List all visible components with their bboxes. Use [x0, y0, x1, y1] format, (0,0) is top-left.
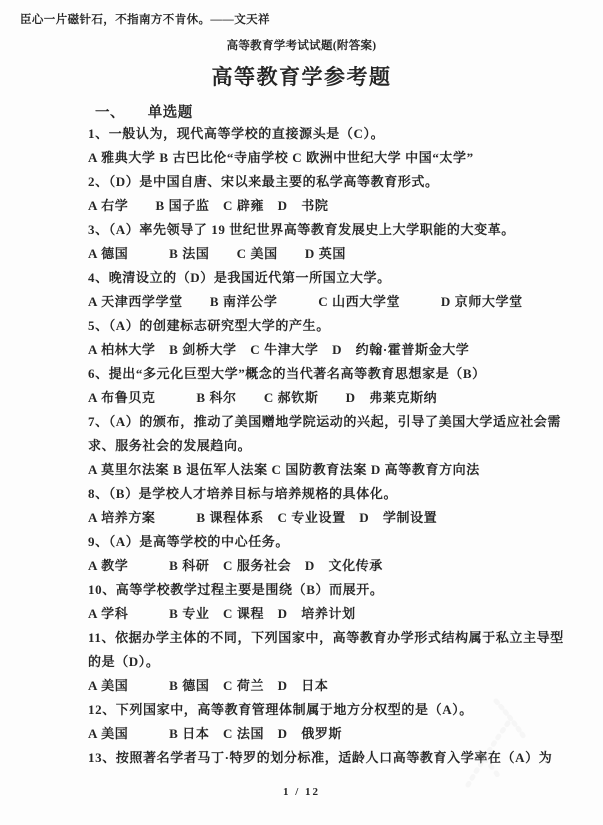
text-line: A 莫里尔法案 B 退伍军人法案 C 国防教育法案 D 高等教育方向法 [88, 458, 593, 482]
text-line: A 天津西学学堂 B 南洋公学 C 山西大学堂 D 京师大学堂 [88, 290, 593, 314]
text-line: 求、服务社会的发展趋向。 [88, 434, 593, 458]
text-line: A 柏林大学 B 剑桥大学 C 牛津大学 D 约翰·霍普斯金大学 [88, 338, 593, 362]
text-line: 6、提出“多元化巨型大学”概念的当代著名高等教育思想家是（B） [88, 362, 593, 386]
section-heading: 一、 单选题 [95, 101, 193, 122]
text-line: 10、高等学校教学过程主要是围绕（B）而展开。 [88, 578, 593, 602]
text-line: 7、（A）的颁布，推动了美国赠地学院运动的兴起，引导了美国大学适应社会需 [88, 410, 593, 434]
text-line: 9、（A）是高等学校的中心任务。 [88, 530, 593, 554]
text-line: 的是（D）。 [88, 650, 593, 674]
page-number: 1 / 12 [0, 786, 603, 798]
text-line: A 美国 B 德国 C 荷兰 D 日本 [88, 674, 593, 698]
text-line: 8、（B）是学校人才培养目标与培养规格的具体化。 [88, 482, 593, 506]
text-line: 13、按照著名学者马丁·特罗的划分标准，适龄人口高等教育入学率在（A）为 [88, 746, 593, 770]
text-line: A 雅典大学 B 古巴比伦“寺庙学校 C 欧洲中世纪大学 中国“太学” [88, 146, 593, 170]
text-line: 2、（D）是中国自唐、宋以来最主要的私学高等教育形式。 [88, 170, 593, 194]
text-line: A 德国 B 法国 C 美国 D 英国 [88, 242, 593, 266]
text-line: A 美国 B 日本 C 法国 D 俄罗斯 [88, 722, 593, 746]
page-title: 高等教育学参考题 [0, 61, 603, 91]
text-line: 5、（A）的创建标志研究型大学的产生。 [88, 314, 593, 338]
question-list: 1、一般认为，现代高等学校的直接源头是（C）。A 雅典大学 B 古巴比伦“寺庙学… [88, 122, 593, 770]
doc-subtitle: 高等教育学考试试题(附答案) [0, 37, 603, 53]
text-line: 1、一般认为，现代高等学校的直接源头是（C）。 [88, 122, 593, 146]
text-line: A 培养方案 B 课程体系 C 专业设置 D 学制设置 [88, 506, 593, 530]
text-line: A 教学 B 科研 C 服务社会 D 文化传承 [88, 554, 593, 578]
text-line: A 右学 B 国子监 C 辟雍 D 书院 [88, 194, 593, 218]
text-line: 4、晚清设立的（D）是我国近代第一所国立大学。 [88, 266, 593, 290]
text-line: 12、下列国家中，高等教育管理体制属于地方分权型的是（A）。 [88, 698, 593, 722]
text-line: A 布鲁贝克 B 科尔 C 郝钦斯 D 弗莱克斯纳 [88, 386, 593, 410]
text-line: A 学科 B 专业 C 课程 D 培养计划 [88, 602, 593, 626]
document-page: 臣心一片磁针石，不指南方不肯休。——文天祥 高等教育学考试试题(附答案) 高等教… [0, 0, 603, 825]
text-line: 3、（A）率先领导了 19 世纪世界高等教育发展史上大学职能的大变革。 [88, 218, 593, 242]
text-line: 11、依据办学主体的不同，下列国家中，高等教育办学形式结构属于私立主导型 [88, 626, 593, 650]
header-quote: 臣心一片磁针石，不指南方不肯休。——文天祥 [20, 11, 270, 27]
